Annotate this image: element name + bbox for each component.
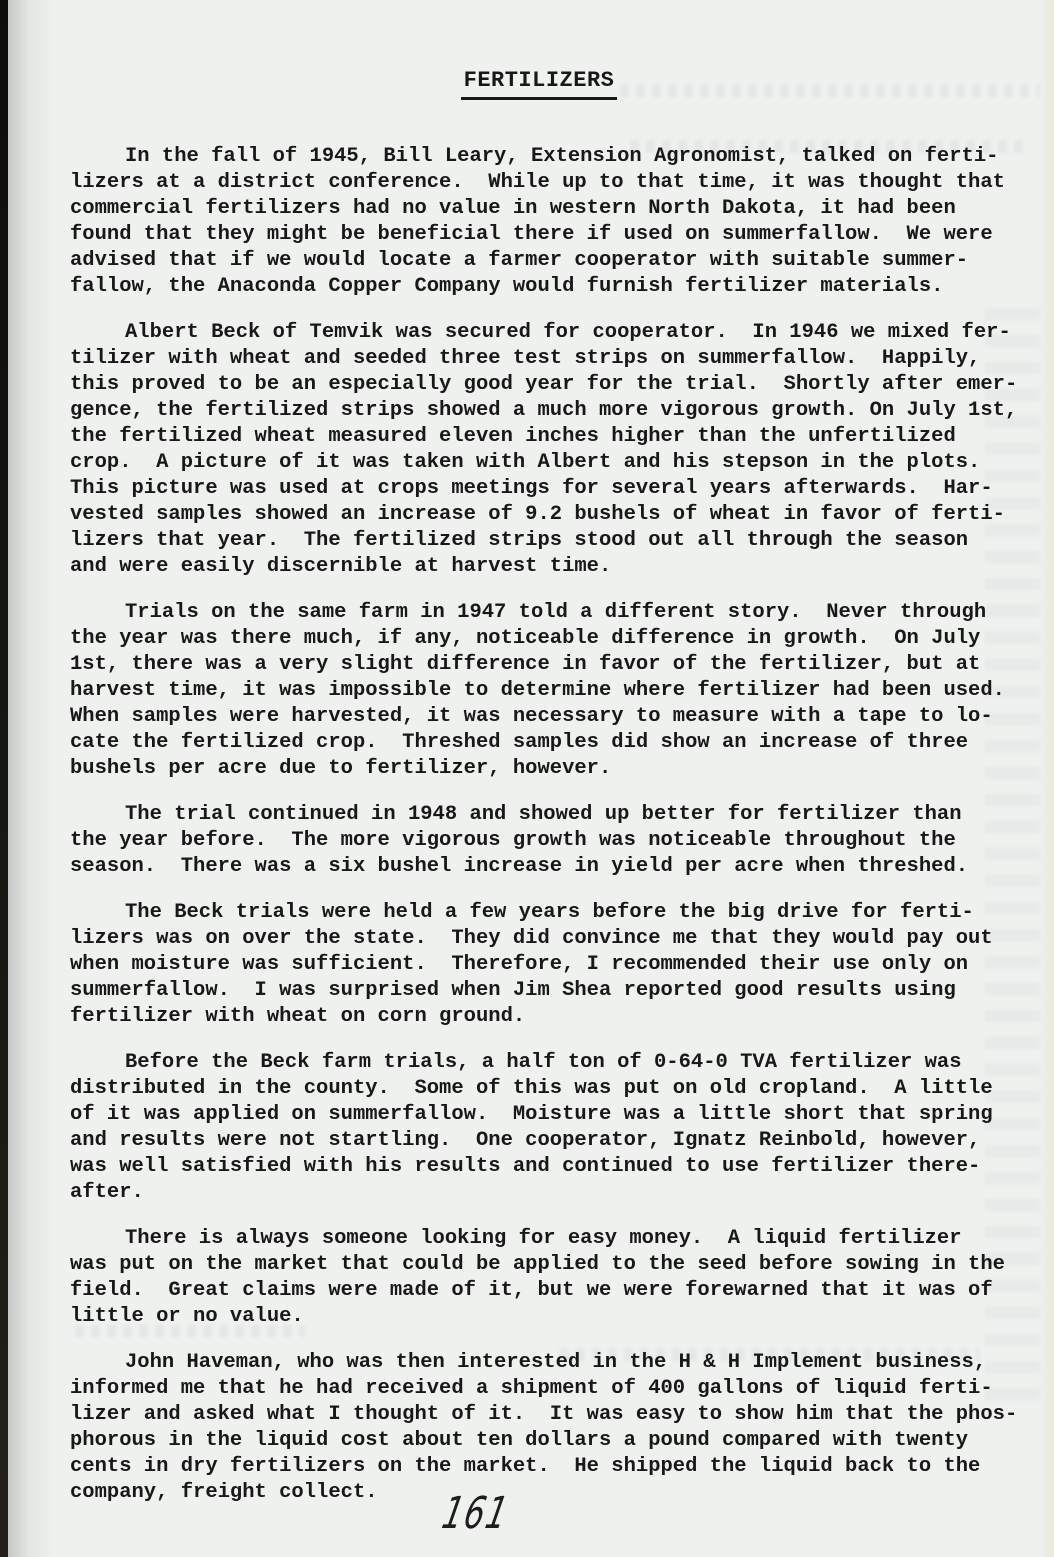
text-line: The trial continued in 1948 and showed u… [70, 802, 1036, 828]
text-line: of it was applied on summerfallow. Moist… [70, 1102, 1036, 1128]
text-line: phorous in the liquid cost about ten dol… [70, 1428, 1036, 1454]
text-line: crop. A picture of it was taken with Alb… [70, 450, 1036, 476]
paragraph: Trials on the same farm in 1947 told a d… [70, 600, 1036, 782]
text-line: commercial fertilizers had no value in w… [70, 196, 1036, 222]
binding-shadow [8, 0, 54, 1557]
text-line: advised that if we would locate a farmer… [70, 248, 1036, 274]
text-line: was put on the market that could be appl… [70, 1252, 1036, 1278]
text-line: this proved to be an especially good yea… [70, 372, 1036, 398]
paragraph: In the fall of 1945, Bill Leary, Extensi… [70, 144, 1036, 300]
text-line: was well satisfied with his results and … [70, 1154, 1036, 1180]
handwritten-page-number: 161 [438, 1488, 513, 1539]
text-line: There is always someone looking for easy… [70, 1226, 1036, 1252]
text-line: tilizer with wheat and seeded three test… [70, 346, 1036, 372]
text-line: and results were not startling. One coop… [70, 1128, 1036, 1154]
text-line: the fertilized wheat measured eleven inc… [70, 424, 1036, 450]
text-line: company, freight collect. [70, 1480, 1036, 1506]
text-line: lizer and asked what I thought of it. It… [70, 1402, 1036, 1428]
paragraph: There is always someone looking for easy… [70, 1226, 1036, 1330]
text-line: Before the Beck farm trials, a half ton … [70, 1050, 1036, 1076]
text-line: The Beck trials were held a few years be… [70, 900, 1036, 926]
document-body: In the fall of 1945, Bill Leary, Extensi… [70, 144, 1036, 1526]
text-line: lizers at a district conference. While u… [70, 170, 1036, 196]
paragraph: The trial continued in 1948 and showed u… [70, 802, 1036, 880]
title-row: FERTILIZERS [0, 68, 1054, 100]
text-line: harvest time, it was impossible to deter… [70, 678, 1036, 704]
text-line: gence, the fertilized strips showed a mu… [70, 398, 1036, 424]
paragraph: Albert Beck of Temvik was secured for co… [70, 320, 1036, 580]
text-line: When samples were harvested, it was nece… [70, 704, 1036, 730]
text-line: season. There was a six bushel increase … [70, 854, 1036, 880]
text-line: summerfallow. I was surprised when Jim S… [70, 978, 1036, 1004]
text-line: the year before. The more vigorous growt… [70, 828, 1036, 854]
text-line: lizers that year. The fertilized strips … [70, 528, 1036, 554]
paragraph: John Haveman, who was then interested in… [70, 1350, 1036, 1506]
text-line: lizers was on over the state. They did c… [70, 926, 1036, 952]
text-line: cate the fertilized crop. Threshed sampl… [70, 730, 1036, 756]
text-line: distributed in the county. Some of this … [70, 1076, 1036, 1102]
text-line: In the fall of 1945, Bill Leary, Extensi… [70, 144, 1036, 170]
text-line: found that they might be beneficial ther… [70, 222, 1036, 248]
text-line: This picture was used at crops meetings … [70, 476, 1036, 502]
text-line: and were easily discernible at harvest t… [70, 554, 1036, 580]
text-line: fertilizer with wheat on corn ground. [70, 1004, 1036, 1030]
text-line: field. Great claims were made of it, but… [70, 1278, 1036, 1304]
text-line: informed me that he had received a shipm… [70, 1376, 1036, 1402]
text-line: after. [70, 1180, 1036, 1206]
text-line: 1st, there was a very slight difference … [70, 652, 1036, 678]
page-title: FERTILIZERS [461, 68, 618, 100]
text-line: Albert Beck of Temvik was secured for co… [70, 320, 1036, 346]
page-right-edge-tint [1040, 0, 1054, 1557]
text-line: the year was there much, if any, noticea… [70, 626, 1036, 652]
text-line: cents in dry fertilizers on the market. … [70, 1454, 1036, 1480]
paragraph: Before the Beck farm trials, a half ton … [70, 1050, 1036, 1206]
text-line: little or no value. [70, 1304, 1036, 1330]
text-line: fallow, the Anaconda Copper Company woul… [70, 274, 1036, 300]
text-line: bushels per acre due to fertilizer, howe… [70, 756, 1036, 782]
text-line: when moisture was sufficient. Therefore,… [70, 952, 1036, 978]
scanned-document-page: FERTILIZERS In the fall of 1945, Bill Le… [0, 0, 1054, 1557]
book-binding-edge [0, 0, 8, 1557]
text-line: vested samples showed an increase of 9.2… [70, 502, 1036, 528]
text-line: Trials on the same farm in 1947 told a d… [70, 600, 1036, 626]
paragraph: The Beck trials were held a few years be… [70, 900, 1036, 1030]
text-line: John Haveman, who was then interested in… [70, 1350, 1036, 1376]
